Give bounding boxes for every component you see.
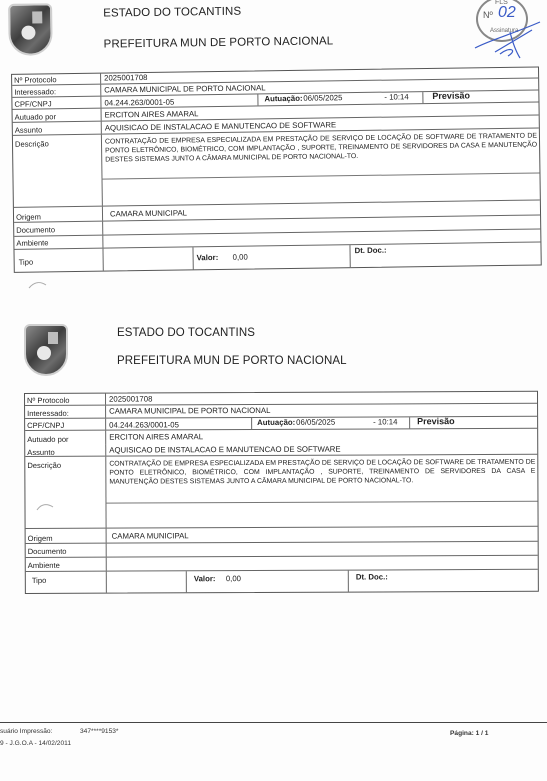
label-tipo: Tipo <box>19 258 34 267</box>
municipal-coat-of-arms-logo <box>24 324 68 376</box>
value-autuado-por: ERCITON AIRES AMARAL <box>105 109 199 119</box>
label-dt-doc: Dt. Doc.: <box>356 572 388 581</box>
label-valor: Valor: <box>197 253 219 262</box>
label-ambiente: Ambiente <box>28 561 60 570</box>
value-interessado: CAMARA MUNICIPAL DE PORTO NACIONAL <box>104 83 265 94</box>
label-cpf-cnpj: CPF/CNPJ <box>14 99 51 109</box>
label-valor: Valor: <box>194 574 216 583</box>
label-autuado-por: Autuado por <box>27 435 68 444</box>
protocol-form: Nº Protocolo 2025001708 Interessado: CAM… <box>11 66 542 272</box>
protocol-form: Nº Protocolo 2025001708 Interessado: CAM… <box>24 391 539 594</box>
value-descricao: CONTRATAÇÃO DE EMPRESA ESPECIALIZADA EM … <box>109 458 535 487</box>
label-protocolo: Nº Protocolo <box>27 396 69 405</box>
value-valor: 0,00 <box>226 574 241 583</box>
label-assunto: Assunto <box>27 448 54 457</box>
label-previsao: Previsão <box>417 416 455 426</box>
signature-scribble-icon <box>470 10 547 60</box>
value-autuacao-date: 06/05/2025 <box>303 93 342 103</box>
municipal-coat-of-arms-logo <box>8 3 53 56</box>
document-copy-1: ESTADO DO TOCANTINS PREFEITURA MUN DE PO… <box>0 0 547 290</box>
row-descricao: Descrição CONTRATAÇÃO DE EMPRESA ESPECIA… <box>13 128 540 207</box>
label-descricao: Descrição <box>27 461 61 470</box>
value-protocolo: 2025001708 <box>109 394 152 403</box>
label-origem: Origem <box>16 212 41 221</box>
label-documento: Documento <box>28 547 67 556</box>
label-protocolo: Nº Protocolo <box>14 75 57 85</box>
state-title: ESTADO DO TOCANTINS <box>103 6 241 20</box>
row-tipo: Tipo Valor: 0,00 Dt. Doc.: <box>26 570 538 593</box>
label-dt-doc: Dt. Doc.: <box>354 246 386 255</box>
municipality-title: PREFEITURA MUN DE PORTO NACIONAL <box>117 355 347 367</box>
footer-page-number: Página: 1 / 1 <box>450 730 488 737</box>
municipality-title: PREFEITURA MUN DE PORTO NACIONAL <box>104 35 334 50</box>
value-valor: 0,00 <box>233 253 248 262</box>
label-autuacao: Autuação: <box>264 94 302 104</box>
value-cpf-cnpj: 04.244.263/0001-05 <box>104 98 174 108</box>
label-tipo: Tipo <box>32 576 47 585</box>
value-origem: CAMARA MUNICIPAL <box>112 531 189 540</box>
value-autuacao-time: - 10:14 <box>384 92 408 101</box>
value-autuacao-date: 06/05/2025 <box>296 418 335 427</box>
label-previsao: Previsão <box>432 90 470 101</box>
value-assunto: AQUISICAO DE INSTALACAO E MANUTENCAO DE … <box>105 120 336 132</box>
value-assunto: AQUISICAO DE INSTALACAO E MANUTENCAO DE … <box>109 445 340 455</box>
document-copy-2: ESTADO DO TOCANTINS PREFEITURA MUN DE PO… <box>0 318 547 598</box>
label-autuado-por: Autuado por <box>15 112 57 122</box>
value-descricao: CONTRATAÇÃO DE EMPRESA ESPECIALIZADA EM … <box>105 132 537 165</box>
label-interessado: Interessado: <box>14 87 56 97</box>
value-protocolo: 2025001708 <box>104 73 147 83</box>
label-descricao: Descrição <box>15 139 49 148</box>
footer-print-user-value: 347****9153* <box>80 728 119 735</box>
value-interessado: CAMARA MUNICIPAL DE PORTO NACIONAL <box>109 406 270 416</box>
label-cpf-cnpj: CPF/CNPJ <box>27 421 64 430</box>
footer-system-info: 9 - J.G.O.A - 14/02/2011 <box>0 740 71 747</box>
state-title: ESTADO DO TOCANTINS <box>117 327 255 339</box>
label-origem: Origem <box>28 534 53 543</box>
row-descricao: Descrição CONTRATAÇÃO DE EMPRESA ESPECIA… <box>25 455 537 529</box>
value-origem: CAMARA MUNICIPAL <box>110 208 187 218</box>
label-documento: Documento <box>16 225 55 235</box>
label-autuacao: Autuação: <box>257 418 295 427</box>
value-autuado-por: ERCITON AIRES AMARAL <box>109 432 203 441</box>
label-interessado: Interessado: <box>27 409 69 418</box>
label-ambiente: Ambiente <box>16 238 48 247</box>
footer-divider <box>0 722 547 723</box>
pen-mark-icon <box>28 280 48 290</box>
value-cpf-cnpj: 04.244.263/0001-05 <box>109 420 179 429</box>
value-autuacao-time: - 10:14 <box>373 417 397 426</box>
pen-mark-icon <box>36 502 54 512</box>
label-assunto: Assunto <box>15 125 43 134</box>
footer-print-user-label: suário Impressão: <box>0 728 52 735</box>
